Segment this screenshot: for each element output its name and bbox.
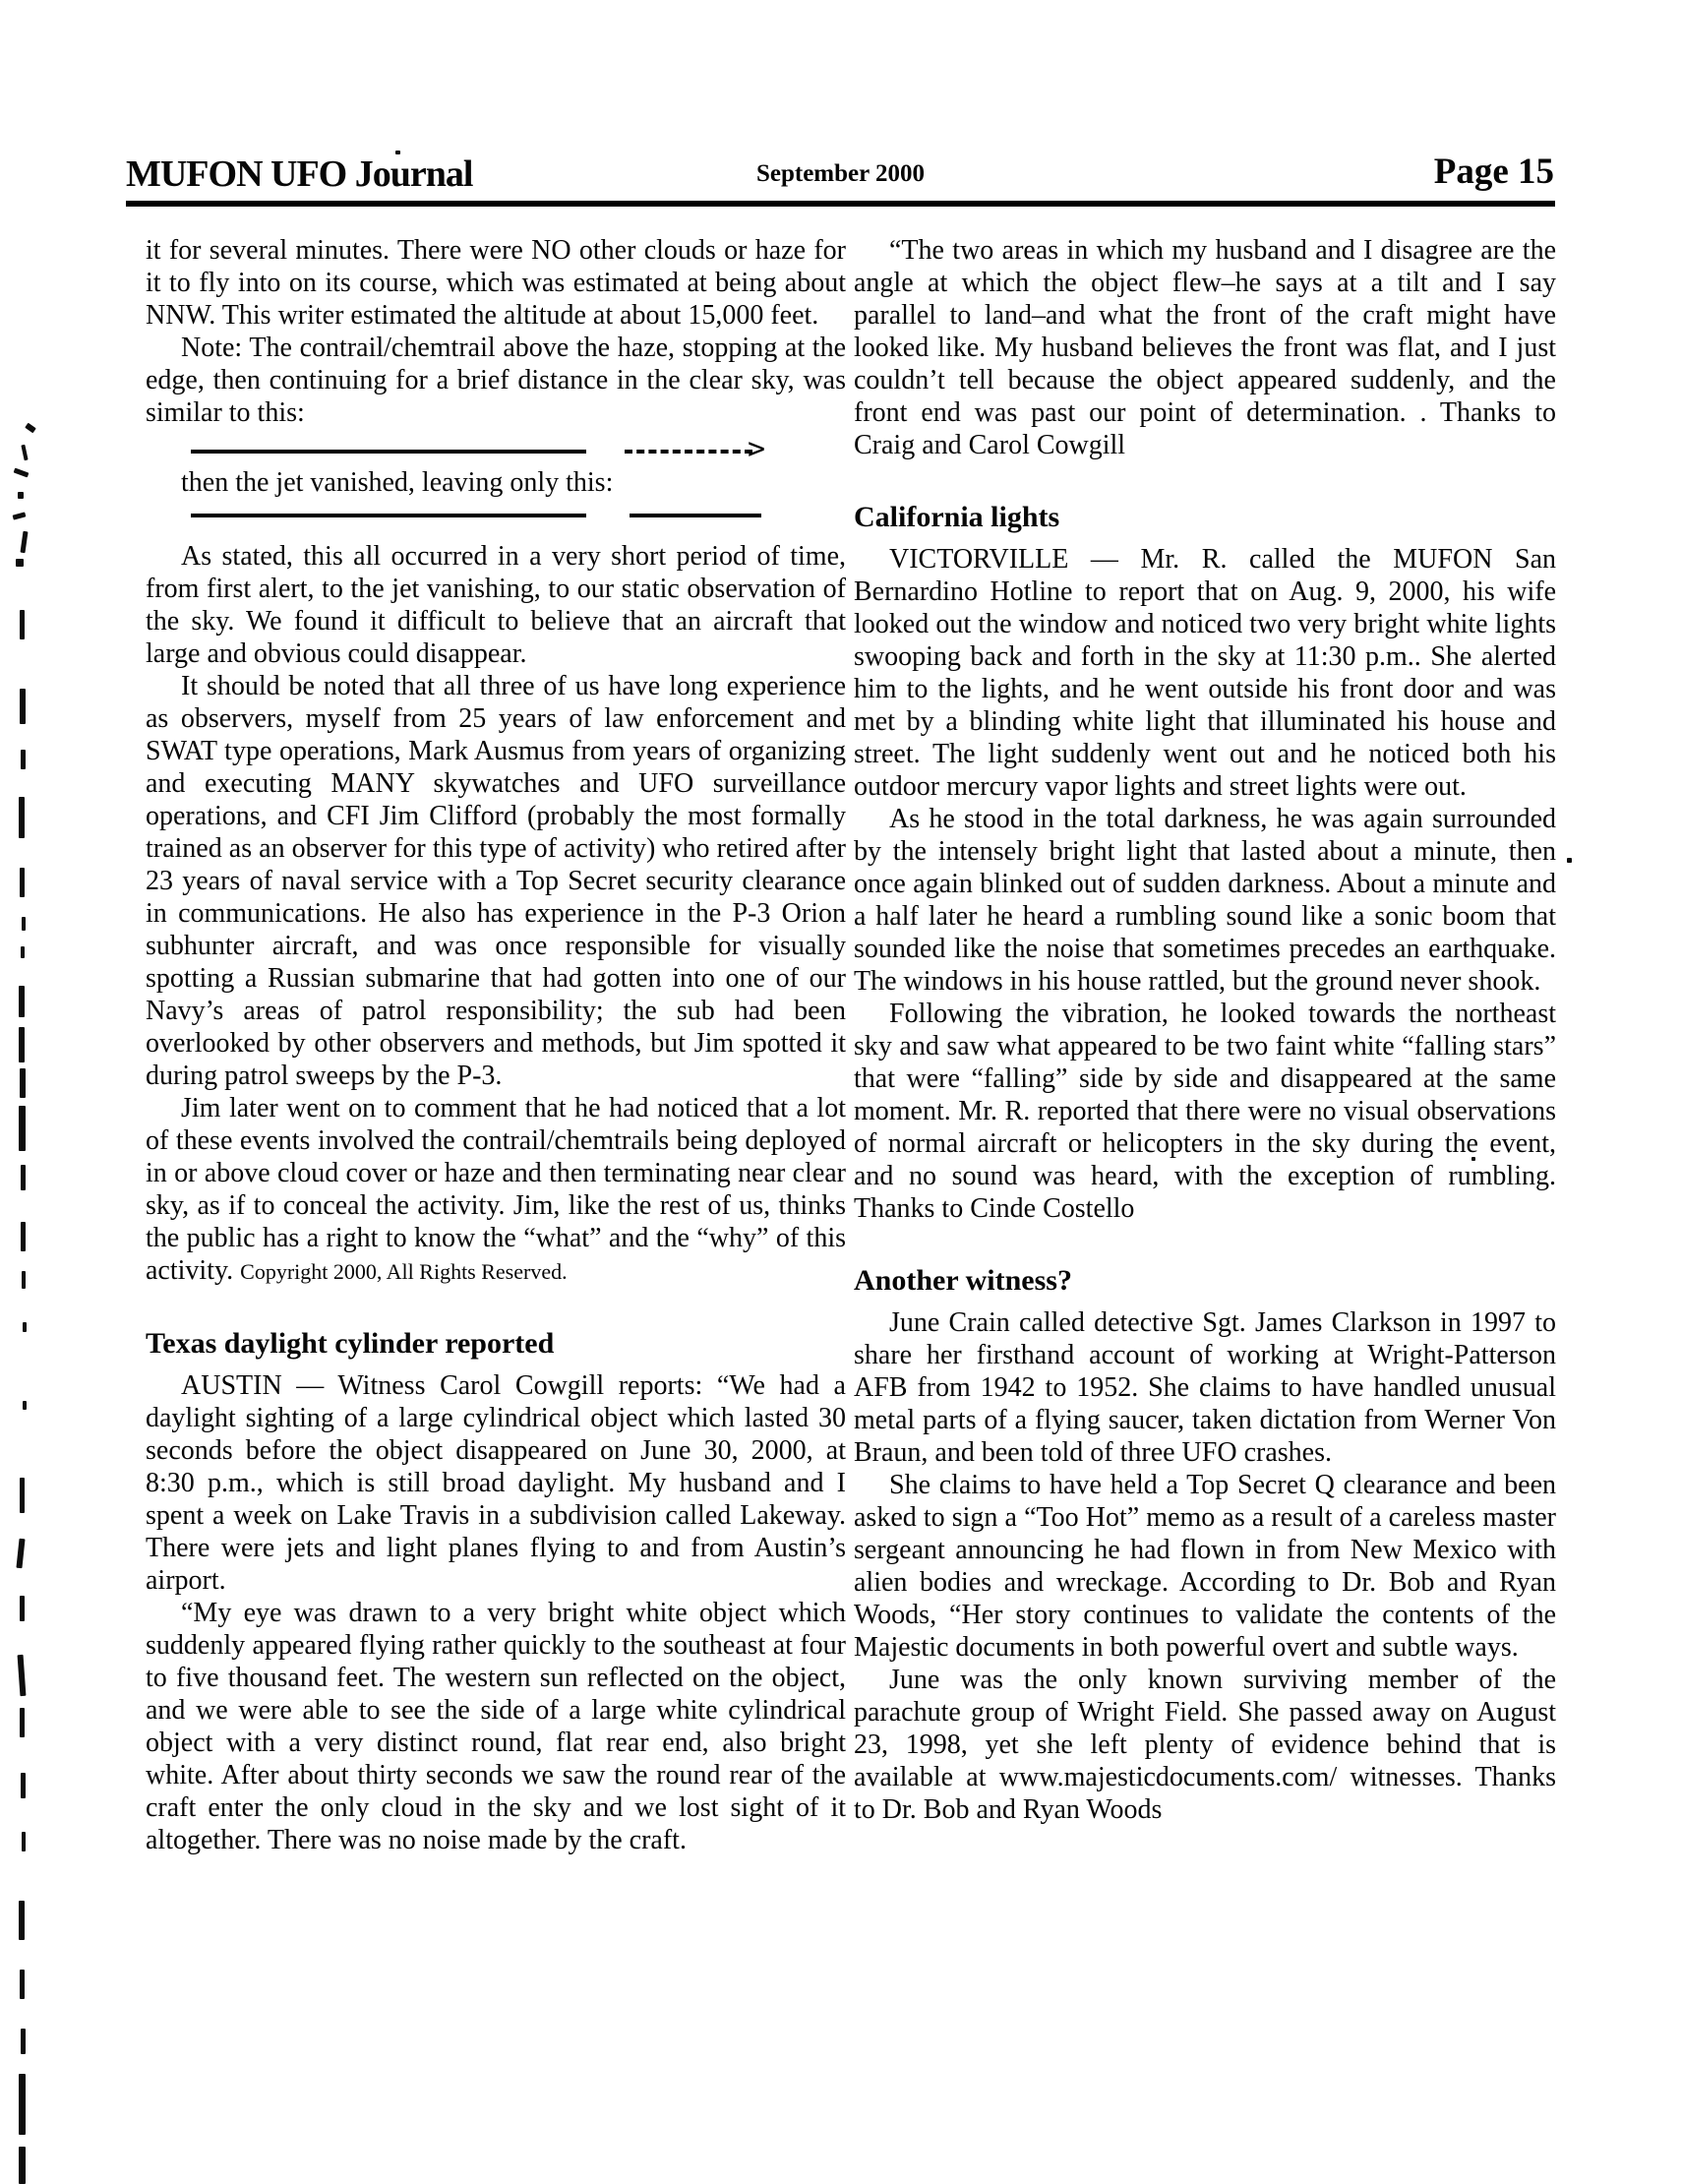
article-paragraph: “The two areas in which my husband and I…	[854, 234, 1556, 461]
article-paragraph: She claims to have held a Top Secret Q c…	[854, 1469, 1556, 1664]
scan-artifact	[20, 531, 28, 553]
scan-artifact	[19, 1027, 25, 1062]
section-heading-texas: Texas daylight cylinder reported	[146, 1327, 846, 1360]
scan-artifact	[19, 797, 25, 838]
scan-artifact	[16, 559, 24, 567]
scan-artifact	[21, 1165, 26, 1190]
issue-date: September 2000	[0, 160, 1681, 188]
diagram-caption: then the jet vanished, leaving only this…	[146, 466, 846, 499]
journal-page: MUFON UFO Journal September 2000 Page 15…	[0, 0, 1681, 2184]
contrail-line-short	[630, 514, 761, 517]
article-paragraph: AUSTIN — Witness Carol Cowgill reports: …	[146, 1369, 846, 1597]
scan-artifact	[20, 610, 25, 639]
scan-artifact	[18, 1655, 27, 1696]
scan-artifact	[19, 986, 25, 1017]
copyright-note: Copyright 2000, All Rights Reserved.	[240, 1259, 567, 1284]
contrail-line	[191, 450, 586, 454]
scan-artifact	[20, 868, 25, 897]
scan-artifact	[18, 492, 24, 499]
scan-artifact	[25, 423, 36, 434]
article-paragraph: Jim later went on to comment that he had…	[146, 1092, 846, 1288]
scan-artifact	[20, 1478, 25, 1513]
scan-artifact	[1567, 858, 1572, 863]
scan-artifact	[20, 1708, 25, 1737]
contrail-diagram-row	[146, 501, 846, 530]
scan-artifact	[13, 512, 27, 519]
scan-artifact	[19, 1901, 25, 1940]
article-paragraph: VICTORVILLE — Mr. R. called the MUFON Sa…	[854, 543, 1556, 803]
scan-artifact	[21, 445, 28, 460]
scan-artifact	[22, 1271, 26, 1289]
scan-artifact	[22, 1832, 26, 1851]
article-paragraph: As he stood in the total darkness, he wa…	[854, 803, 1556, 998]
contrail-line	[191, 514, 586, 517]
scan-artifact	[20, 1970, 25, 1999]
scan-artifact	[20, 1596, 25, 1621]
article-paragraph: it for several minutes. There were NO ot…	[146, 234, 846, 332]
paragraph-text: Jim later went on to comment that he had…	[146, 1093, 846, 1286]
scan-artifact	[20, 689, 26, 724]
scan-artifact	[19, 2147, 26, 2184]
scan-artifact	[19, 2074, 26, 2135]
article-paragraph: “My eye was drawn to a very bright white…	[146, 1597, 846, 1856]
article-paragraph: It should be noted that all three of us …	[146, 670, 846, 1092]
scan-artifact	[19, 1106, 26, 1151]
arrow-right-icon: >	[748, 433, 765, 465]
section-heading-california: California lights	[854, 501, 1556, 533]
scan-artifact	[22, 917, 26, 931]
contrail-dashed-line	[625, 450, 752, 454]
scan-artifact	[23, 1322, 27, 1332]
page-number: Page 15	[1434, 151, 1554, 193]
left-column: it for several minutes. There were NO ot…	[146, 234, 846, 1856]
scan-artifact	[395, 151, 400, 154]
section-heading-witness: Another witness?	[854, 1264, 1556, 1297]
scan-artifact	[21, 1773, 26, 1798]
scan-artifact	[23, 1401, 27, 1410]
scan-artifact	[21, 750, 26, 769]
scan-artifact	[20, 1068, 26, 1098]
article-paragraph: Following the vibration, he looked towar…	[854, 998, 1556, 1225]
scan-artifact	[21, 1222, 26, 1251]
scan-artifact	[16, 1539, 25, 1568]
article-paragraph: Note: The contrail/chemtrail above the h…	[146, 332, 846, 429]
scan-artifact	[14, 468, 30, 478]
header-rule	[126, 201, 1555, 207]
scan-artifact	[1471, 1157, 1475, 1161]
scan-artifact	[21, 2029, 26, 2054]
article-paragraph: June Crain called detective Sgt. James C…	[854, 1306, 1556, 1469]
right-column: “The two areas in which my husband and I…	[854, 234, 1556, 1826]
scan-artifact	[21, 946, 25, 958]
article-paragraph: As stated, this all occurred in a very s…	[146, 540, 846, 670]
article-paragraph: June was the only known surviving member…	[854, 1664, 1556, 1826]
contrail-diagram-row: >	[146, 437, 846, 466]
